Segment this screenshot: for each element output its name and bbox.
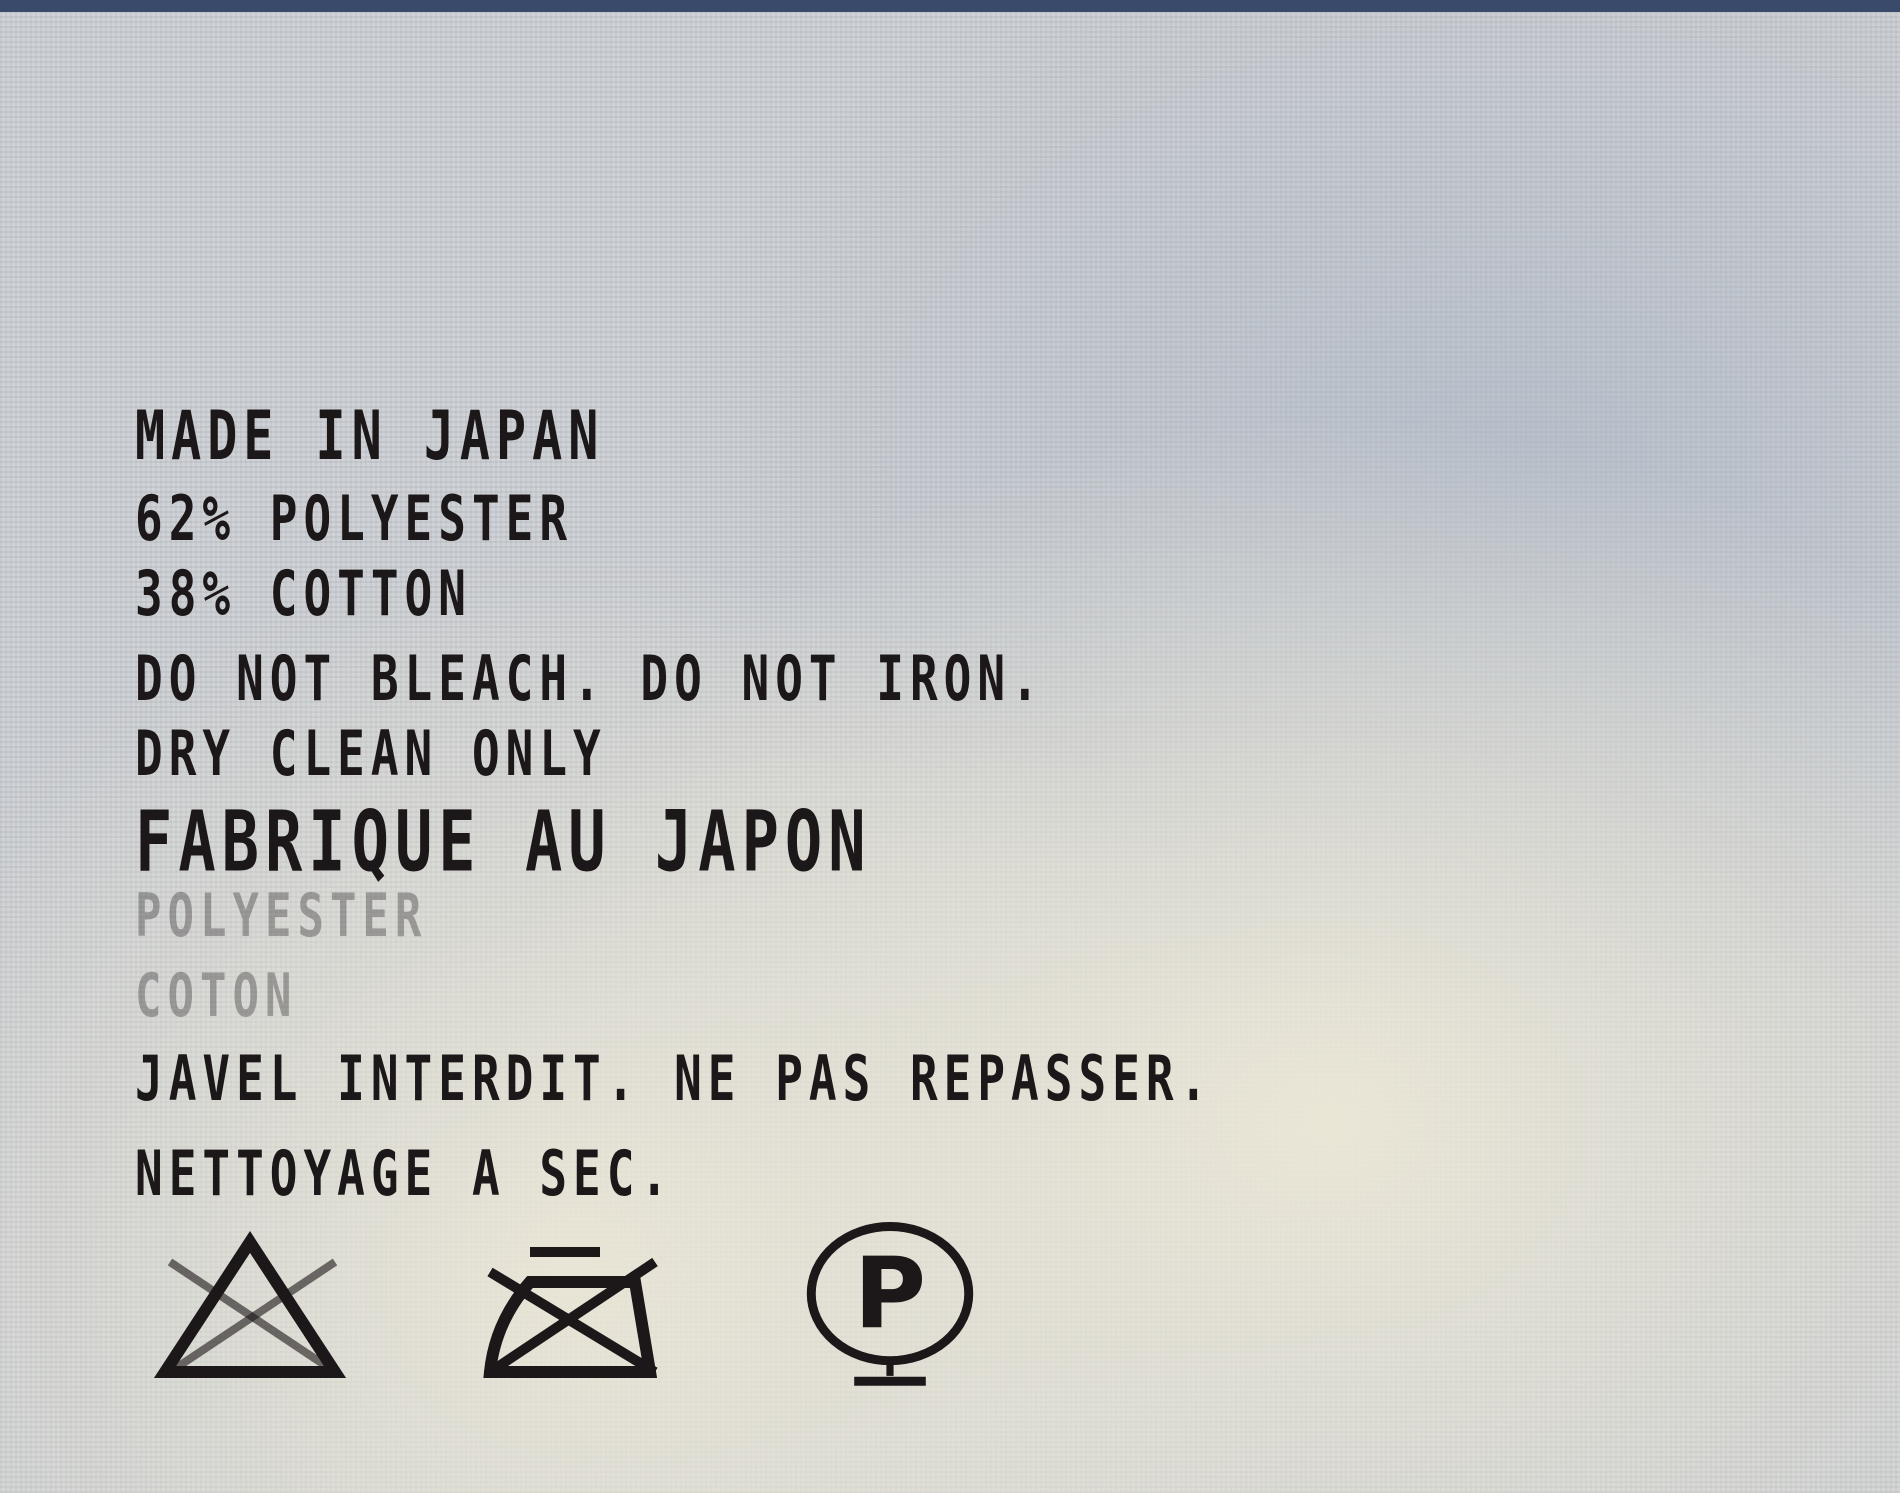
label-line-origin-fr: FABRIQUE AU JAPON: [135, 792, 872, 891]
svg-text:P: P: [854, 1238, 926, 1352]
label-line-care-fr-1: JAVEL INTERDIT. NE PAS REPASSER.: [135, 1042, 1213, 1115]
no-iron-icon: [470, 1222, 670, 1392]
no-bleach-icon: [150, 1222, 350, 1392]
dry-clean-p-icon: P: [790, 1222, 990, 1392]
label-line-polyester: 62% POLYESTER: [135, 482, 573, 555]
label-line-care-en-2: DRY CLEAN ONLY: [135, 717, 607, 790]
label-line-cotton: 38% COTTON: [135, 557, 472, 630]
label-line-care-fr-2: NETTOYAGE A SEC.: [135, 1137, 674, 1210]
label-line-care-en-1: DO NOT BLEACH. DO NOT IRON.: [135, 642, 1045, 715]
label-line-origin: MADE IN JAPAN: [135, 397, 604, 475]
label-line-polyester-fr: POLYESTER: [135, 882, 427, 951]
care-symbols: P: [150, 1222, 990, 1392]
label-line-cotton-fr: COTON: [135, 962, 297, 1031]
care-label: MADE IN JAPAN 62% POLYESTER 38% COTTON D…: [0, 12, 1900, 1493]
